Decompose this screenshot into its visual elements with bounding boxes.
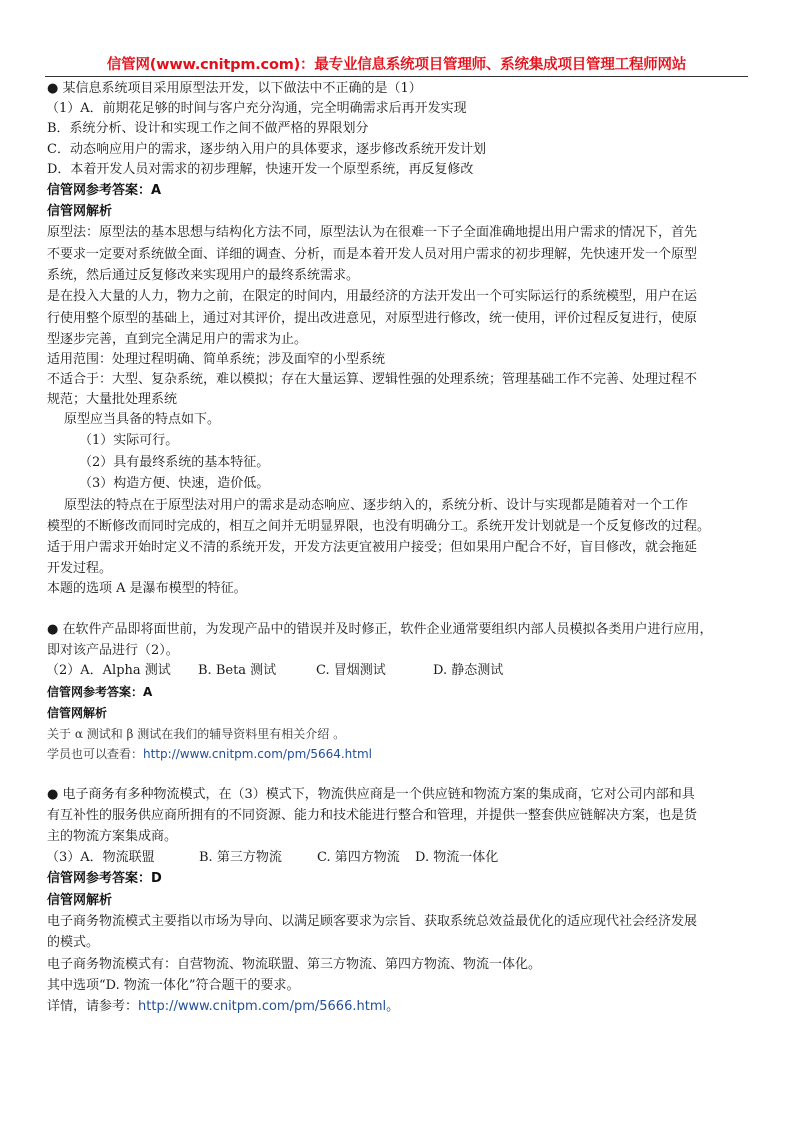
site-banner-title: 信管网(www.cnitpm.com)：最专业信息系统项目管理师、系统集成项目管…	[0, 55, 793, 75]
analysis-line: 不要求一定要对系统做全面、详细的调查、分析，而是本着开发人员对用户需求的初步理解…	[47, 245, 697, 265]
bullet-icon: ●	[47, 81, 58, 96]
header-divider	[45, 76, 748, 77]
question-3-stem-text: 电子商务有多种物流模式，在（3）模式下，物流供应商是一个供应链和物流方案的集成商…	[62, 787, 694, 802]
question-2-option-d: D. 静态测试	[433, 661, 503, 681]
question-3-option-b: B. 第三方物流	[199, 848, 317, 868]
summary-line: 本题的选项 A 是瀑布模型的特征。	[47, 579, 247, 599]
analysis-line: 是在投入大量的人力，物力之前，在限定的时间内，用最经济的方法开发出一个可实际运行…	[47, 287, 697, 307]
question-2-stem: ● 在软件产品即将面世前，为发现产品中的错误并及时修正，软件企业通常要组织内部人…	[47, 620, 713, 640]
analysis-line: 行使用整个原型的基础上，通过对其评价，提出改进意见，对原型进行修改，统一使用，评…	[47, 309, 697, 329]
question-1-stem-text: 某信息系统项目采用原型法开发，以下做法中不正确的是（1）	[62, 81, 421, 96]
analysis-line: 电子商务物流模式有：自营物流、物流联盟、第三方物流、第四方物流、物流一体化。	[47, 955, 541, 975]
question-2-answer: 信管网参考答案：A	[47, 682, 152, 702]
reference-prefix: 学员也可以查看：	[47, 747, 143, 761]
question-3-reference: 详情，请参考：http://www.cnitpm.com/pm/5666.htm…	[47, 997, 399, 1017]
question-3-analysis-heading: 信管网解析	[47, 891, 112, 911]
summary-line: 模型的不断修改而同时完成的，相互之间并无明显界限，也没有明确分工。系统开发计划就…	[47, 517, 710, 537]
question-2-stem-cont: 即对该产品进行（2）。	[47, 641, 179, 661]
analysis-line: 的模式。	[47, 933, 99, 953]
reference-link-5664[interactable]: http://www.cnitpm.com/pm/5664.html	[143, 747, 372, 761]
feature-item: （2）具有最终系统的基本特征。	[79, 453, 269, 473]
question-3-option-d: D. 物流一体化	[415, 848, 498, 868]
features-intro: 原型应当具备的特点如下。	[64, 410, 220, 430]
question-2-analysis-heading: 信管网解析	[47, 703, 107, 723]
analysis-line: 系统，然后通过反复修改来实现用户的最终系统需求。	[47, 266, 359, 286]
question-3-stem-cont: 主的物流方案集成商。	[47, 827, 177, 847]
question-3-option-c: C. 第四方物流	[317, 848, 415, 868]
question-1-option-c: C．动态响应用户的需求，逐步纳入用户的具体要求，逐步修改系统开发计划	[47, 140, 486, 160]
question-3-option-a: （3）A．物流联盟	[46, 848, 199, 868]
bullet-icon: ●	[47, 622, 58, 637]
question-1-option-d: D．本着开发人员对需求的初步理解，快速开发一个原型系统，再反复修改	[47, 160, 473, 180]
summary-line: 原型法的特点在于原型法对用户的需求是动态响应、逐步纳入的，系统分析、设计与实现都…	[64, 496, 688, 516]
analysis-line: 其中选项“D. 物流一体化”符合题干的要求。	[47, 976, 300, 996]
question-1-option-b: B．系统分析、设计和实现工作之间不做严格的界限划分	[47, 119, 369, 139]
question-1-stem: ● 某信息系统项目采用原型法开发，以下做法中不正确的是（1）	[47, 79, 422, 99]
bullet-icon: ●	[47, 787, 58, 802]
question-2-analysis-line: 关于 α 测试和 β 测试在我们的辅导资料里有相关介绍 。	[47, 724, 345, 744]
question-1-option-a: （1）A．前期花足够的时间与客户充分沟通，完全明确需求后再开发实现	[46, 99, 467, 119]
question-2-option-c: C. 冒烟测试	[316, 661, 433, 681]
question-2-options: （2）A．Alpha 测试B. Beta 测试C. 冒烟测试D. 静态测试	[46, 661, 503, 681]
analysis-line: 电子商务物流模式主要指以市场为导向、以满足顾客要求为宗旨、获取系统总效益最优化的…	[47, 912, 697, 932]
analysis-line: 不适合于：大型、复杂系统，难以模拟；存在大量运算、逻辑性强的处理系统；管理基础工…	[47, 370, 697, 390]
question-3-stem-cont: 有互补性的服务供应商所拥有的不同资源、能力和技术能进行整合和管理，并提供一整套供…	[47, 806, 697, 826]
question-2-stem-text: 在软件产品即将面世前，为发现产品中的错误并及时修正，软件企业通常要组织内部人员模…	[62, 622, 712, 637]
analysis-line: 原型法：原型法的基本思想与结构化方法不同，原型法认为在很难一下子全面准确地提出用…	[47, 223, 697, 243]
question-1-answer: 信管网参考答案：A	[47, 181, 161, 201]
question-3-options: （3）A．物流联盟B. 第三方物流C. 第四方物流D. 物流一体化	[46, 848, 498, 868]
reference-suffix: 。	[386, 999, 399, 1014]
feature-item: （1）实际可行。	[79, 431, 178, 451]
question-3-answer: 信管网参考答案：D	[47, 869, 162, 889]
question-2-reference: 学员也可以查看：http://www.cnitpm.com/pm/5664.ht…	[47, 744, 372, 764]
analysis-line: 适用范围：处理过程明确、简单系统；涉及面窄的小型系统	[47, 350, 385, 370]
analysis-line: 规范；大量批处理系统	[47, 390, 177, 410]
question-2-option-b: B. Beta 测试	[198, 661, 316, 681]
reference-prefix: 详情，请参考：	[47, 999, 138, 1014]
analysis-line: 型逐步完善，直到完全满足用户的需求为止。	[47, 330, 307, 350]
question-2-option-a: （2）A．Alpha 测试	[46, 661, 198, 681]
summary-line: 开发过程。	[47, 559, 112, 579]
question-1-analysis-heading: 信管网解析	[47, 202, 112, 222]
reference-link-5666[interactable]: http://www.cnitpm.com/pm/5666.html	[138, 999, 386, 1014]
question-3-stem: ● 电子商务有多种物流模式，在（3）模式下，物流供应商是一个供应链和物流方案的集…	[47, 785, 695, 805]
feature-item: （3）构造方便、快速，造价低。	[79, 474, 269, 494]
summary-line: 适于用户需求开始时定义不清的系统开发，开发方法更宜被用户接受；但如果用户配合不好…	[47, 538, 697, 558]
